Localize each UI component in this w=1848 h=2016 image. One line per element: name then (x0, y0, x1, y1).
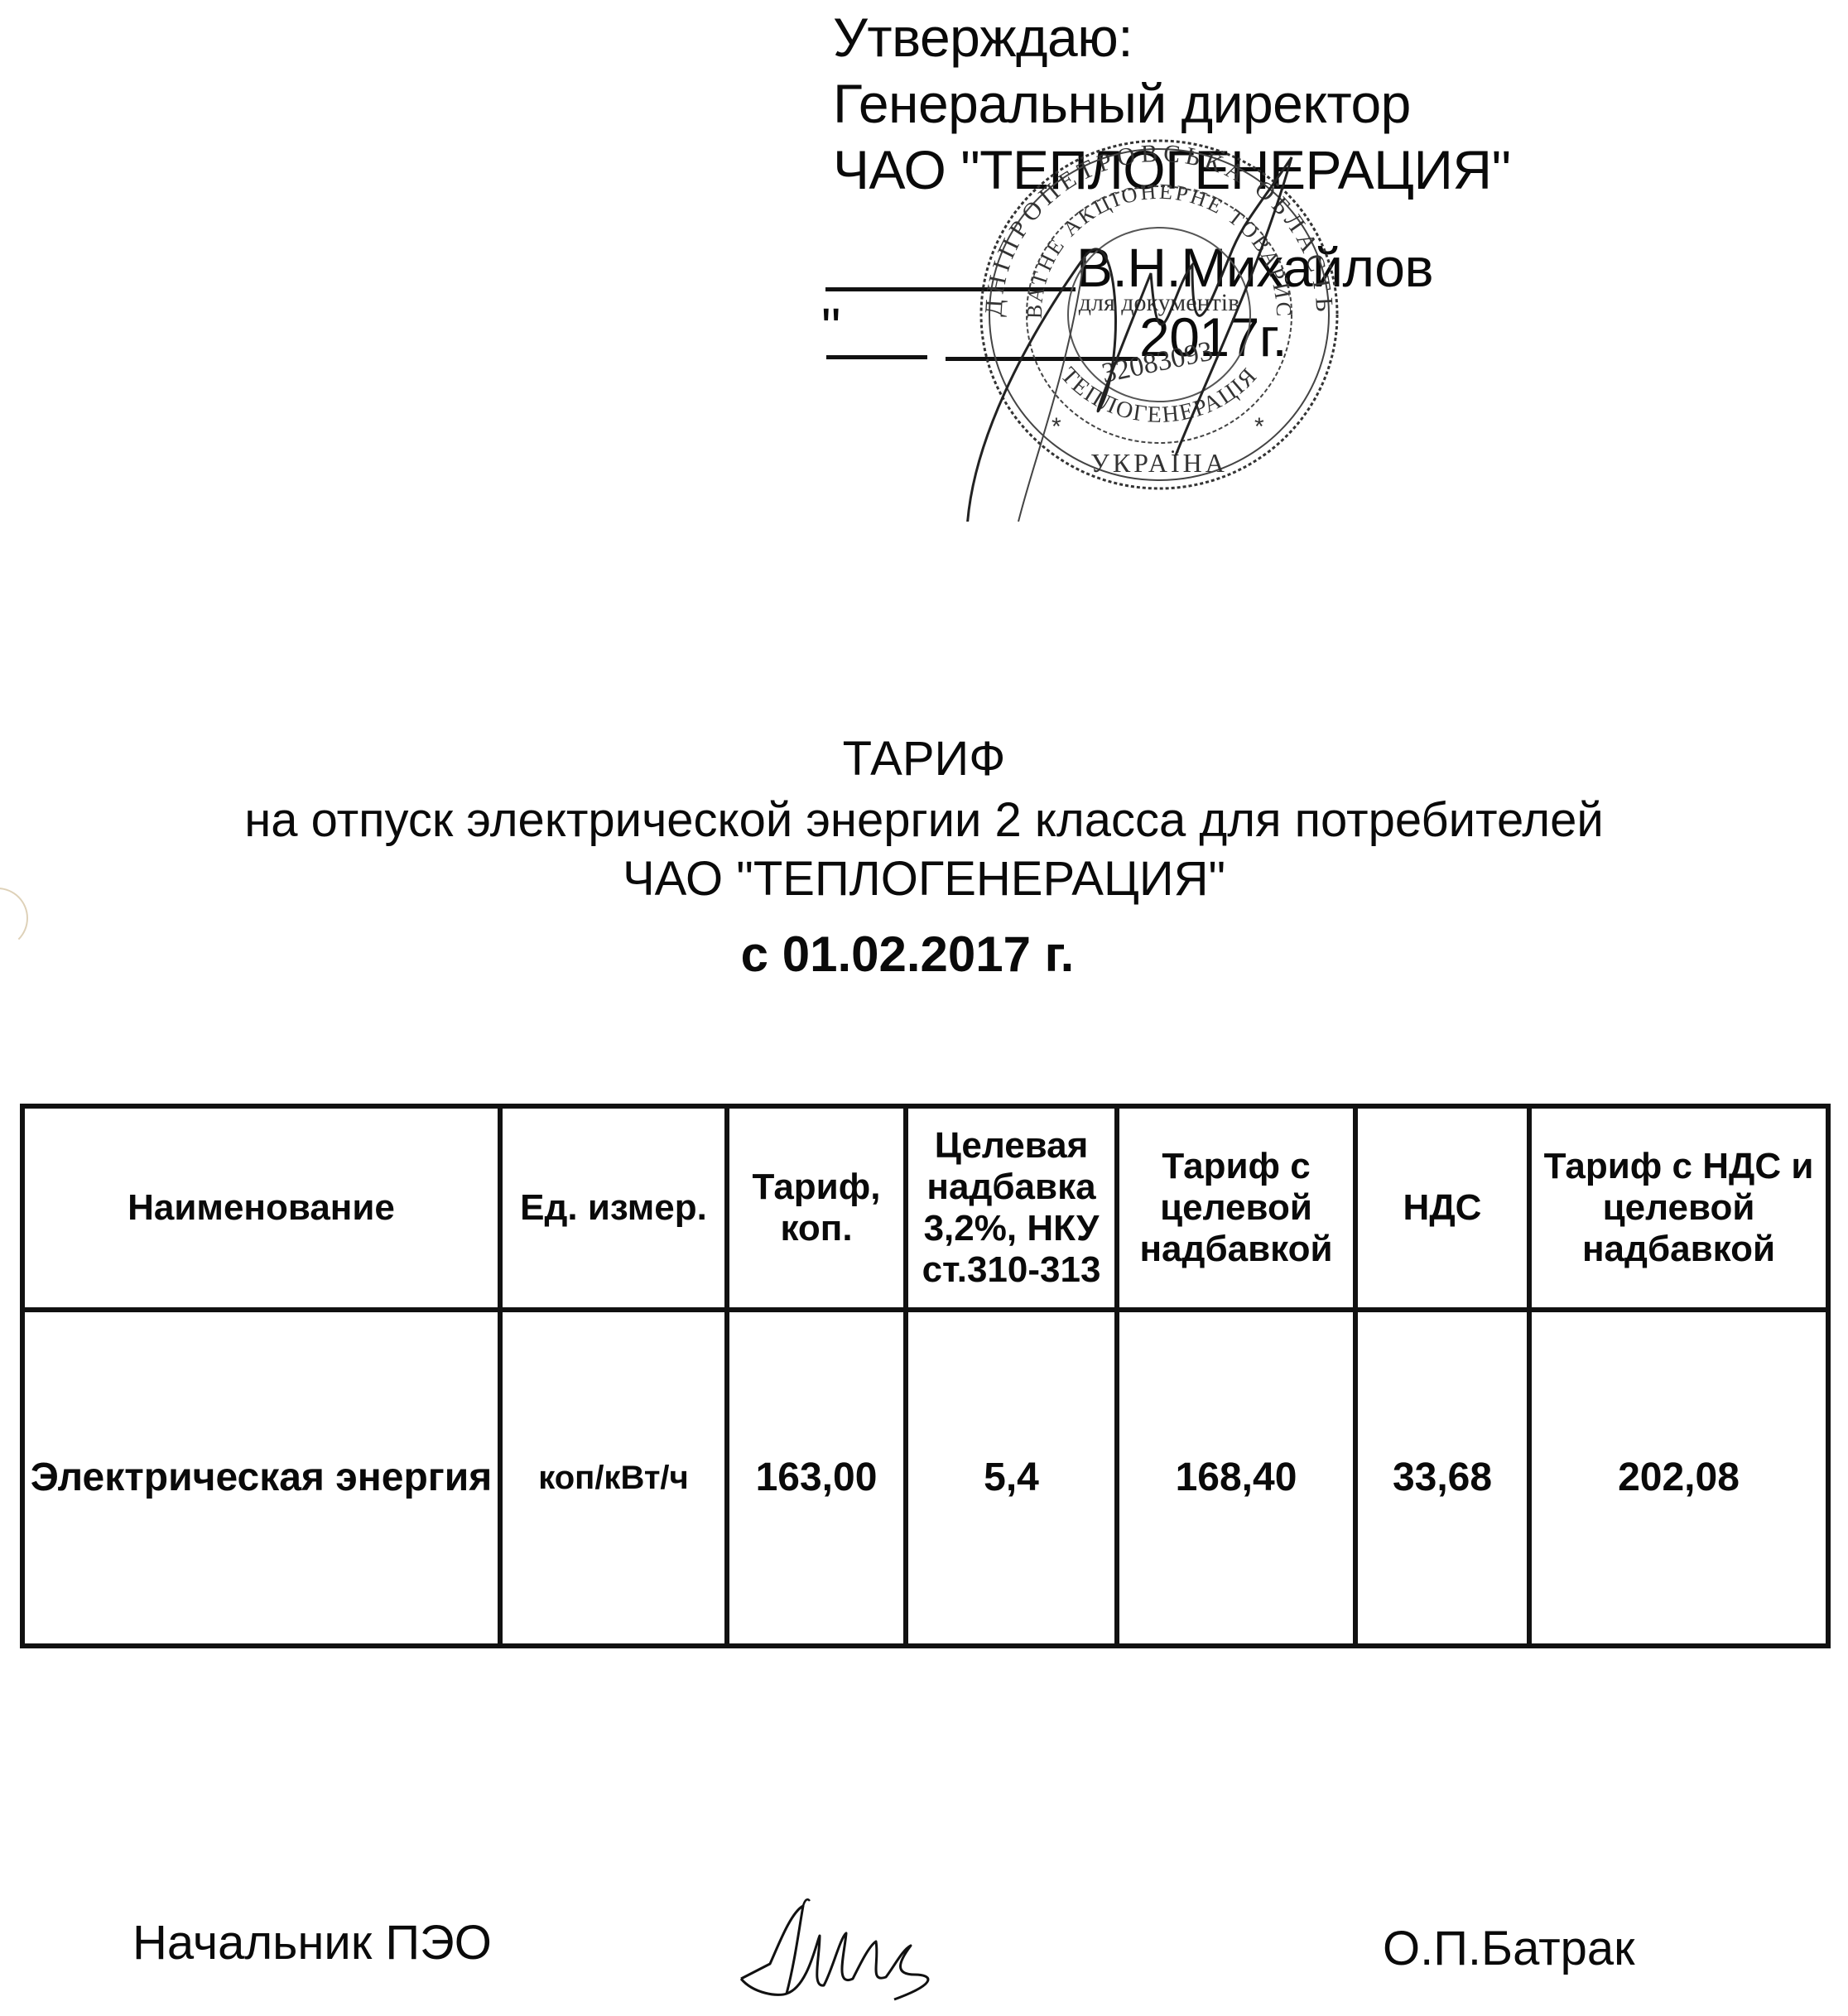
header-tariff-with-vat: Тариф с НДС и целевой надбавкой (1529, 1106, 1828, 1310)
header-surcharge: Целевая надбавка 3,2%, НКУ ст.310-313 (906, 1106, 1117, 1310)
header-name: Наименование (22, 1106, 500, 1310)
approver-position: Генеральный директор (833, 76, 1411, 131)
cell-tariff: 163,00 (727, 1310, 906, 1646)
svg-text:*: * (1052, 413, 1061, 440)
svg-text:ТЕПЛОГЕНЕРАЦІЯ: ТЕПЛОГЕНЕРАЦІЯ (1056, 363, 1263, 428)
svg-text:*: * (1254, 413, 1264, 440)
table-header-row: Наименование Ед. измер. Тариф, коп. Целе… (22, 1106, 1828, 1310)
header-vat: НДС (1355, 1106, 1529, 1310)
cell-unit: коп/кВт/ч (500, 1310, 727, 1646)
footer-signature (737, 1896, 952, 2004)
date-month-line (946, 357, 1138, 361)
effective-date: с 01.02.2017 г. (0, 930, 1831, 979)
header-tariff: Тариф, коп. (727, 1106, 906, 1310)
header-unit: Ед. измер. (500, 1106, 727, 1310)
document-subtitle: на отпуск электрической энергии 2 класса… (0, 796, 1848, 844)
tariff-table: Наименование Ед. измер. Тариф, коп. Целе… (20, 1104, 1831, 1648)
cell-name: Электрическая энергия (22, 1310, 500, 1646)
table-row: Электрическая энергия коп/кВт/ч 163,00 5… (22, 1310, 1828, 1646)
date-day-line (826, 355, 927, 359)
approval-year: 2017г. (1139, 310, 1287, 364)
date-quote-mark: " (821, 300, 840, 354)
header-tariff-with-surcharge: Тариф с целевой надбавкой (1117, 1106, 1355, 1310)
cell-tariff-with-vat: 202,08 (1529, 1310, 1828, 1646)
cell-vat: 33,68 (1355, 1310, 1529, 1646)
svg-text:УКРАЇНА: УКРАЇНА (1090, 448, 1228, 478)
document-company: ЧАО "ТЕПЛОГЕНЕРАЦИЯ" (0, 855, 1848, 903)
approver-name: В.Н.Михайлов (1076, 240, 1433, 295)
footer-signatory: О.П.Батрак (1383, 1925, 1635, 1973)
footer-position: Начальник ПЭО (132, 1919, 492, 1967)
approver-company: ЧАО "ТЕПЛОГЕНЕРАЦИЯ" (833, 142, 1511, 197)
cell-surcharge: 5,4 (906, 1310, 1117, 1646)
signature-line (825, 287, 1076, 291)
document-title: ТАРИФ (0, 735, 1848, 783)
cell-tariff-with-surcharge: 168,40 (1117, 1310, 1355, 1646)
approval-label: Утверждаю: (833, 10, 1133, 65)
